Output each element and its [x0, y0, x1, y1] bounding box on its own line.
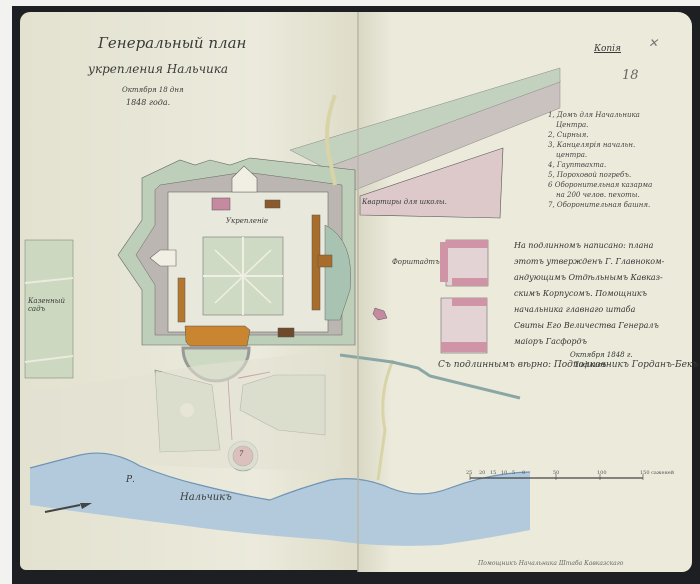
corner-mark: ✕ — [648, 36, 658, 50]
scale-tick: 10 — [501, 470, 507, 476]
legend-item: 5, Пороховой погребъ. — [548, 170, 698, 180]
legend-item: центра. — [548, 150, 698, 160]
legend-item: Центра. — [548, 120, 698, 130]
legend-item: 4, Гауптвахта. — [548, 160, 698, 170]
legend-item: 1, Домъ для Начальника — [548, 110, 698, 120]
building-north-east — [265, 200, 280, 208]
label-school-quarters: Квартиры для школы. — [362, 198, 447, 206]
legend-item: 2, Сирныя. — [548, 130, 698, 140]
commander-house — [185, 326, 250, 346]
map-legend: 1, Домъ для Начальника Центра. 2, Сирныя… — [548, 110, 698, 210]
map-date-line1: Октября 18 дня — [122, 86, 184, 94]
approval-note: На подлинномъ написано: плана этотъ утве… — [514, 238, 694, 370]
label-garden: Казенный садъ — [28, 297, 68, 313]
building-pink-north — [212, 198, 230, 210]
scale-tick: 15 — [490, 470, 496, 476]
signature: Съ подлиннымъ вѣрно: Подполковникъ Горда… — [438, 360, 698, 370]
scale-tick: 100 — [597, 470, 607, 476]
copy-mark: Копія — [594, 44, 621, 54]
scale-tick: 50 — [553, 470, 559, 476]
footer-note: Помощникъ Начальника Штаба Кавказскаго — [478, 560, 623, 567]
label-river-prefix: Р. — [126, 475, 135, 485]
legend-item: 3, Канцелярія начальн. — [548, 140, 698, 150]
scale-tick: 5 — [512, 470, 515, 476]
legend-item: на 200 челов. пехоты. — [548, 190, 698, 200]
map-title: Генеральный план — [98, 34, 246, 52]
building-west — [178, 278, 185, 322]
scale-tick: 20 — [479, 470, 485, 476]
sheet-number: 18 — [622, 68, 639, 83]
legend-item: 7, Оборонительная башня. — [548, 200, 698, 210]
road-south — [378, 360, 393, 480]
label-fortress: Укрепленіе — [226, 217, 268, 225]
label-tower-number: 7 — [239, 450, 243, 458]
label-forshtadt: Форштадтъ — [392, 258, 440, 266]
small-pink-building — [373, 308, 387, 320]
scale-tick: 0 — [522, 470, 525, 476]
scale-tick: 25 — [466, 470, 472, 476]
legend-item: 6 Оборонительная казарма — [548, 180, 698, 190]
label-river-name: Нальчикъ — [180, 492, 232, 503]
map-subtitle: укрепления Нальчика — [88, 62, 228, 76]
scale-tick: 150 саженей — [640, 470, 674, 476]
map-date-line2: 1848 года. — [126, 98, 170, 107]
